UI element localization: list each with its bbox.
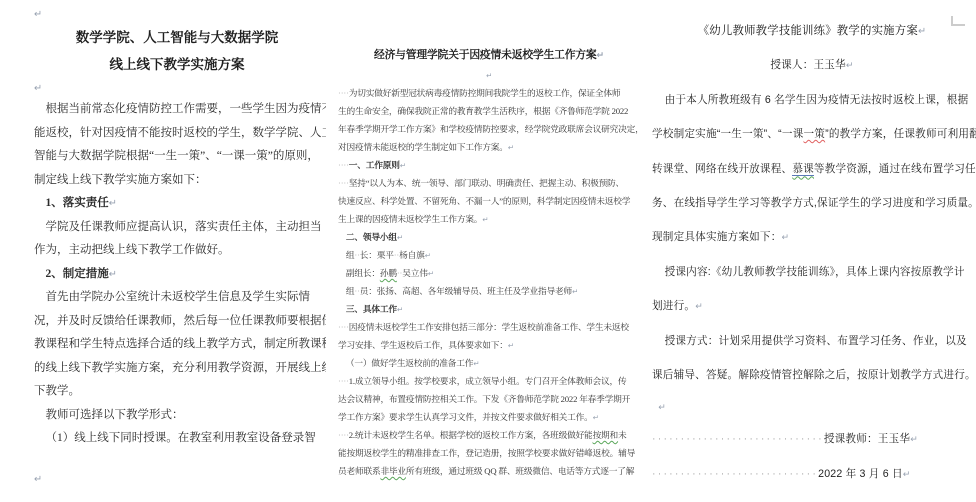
heading-line: 三、具体工作↵ [338, 300, 640, 318]
text-line: 的线上线下教学实施方案，充分利用教学资源，开展线上线 [34, 357, 320, 381]
paragraph-mark-icon: ↵ [482, 215, 488, 224]
text-run: 2022 年 3 月 6 日 [818, 468, 903, 480]
date-line: ·····························2022 年 3 月 … [652, 457, 972, 491]
text-line: 年春季学期开学工作方案》和学校疫情防控要求，经学院党政联席会议研究决定， [338, 120, 640, 138]
paragraph-mark-icon: ↵ [428, 269, 434, 278]
text-line: 学工作方案》要求学生认真学习文件，并按文件要求做好相关工作。↵ [338, 408, 640, 426]
text-run: 现制定具体实施方案如下： [652, 231, 782, 243]
text-line: （1）线上线下同时授课。在教室利用教室设备登录智 [34, 427, 320, 451]
text-run: 线上线下教学实施方案 [110, 57, 245, 72]
paragraph-mark-icon: ↵ [903, 470, 911, 480]
text-line: 组··长：栗平··杨自旗↵ [338, 246, 640, 264]
paragraph-mark-icon: ↵ [109, 269, 117, 280]
text-line: ····2.统计未返校学生名单。根据学校的返校工作方案，各班级做好能按期和未 [338, 426, 640, 444]
text-line: （一）做好学生返校前的准备工作↵ [338, 354, 640, 372]
space-formatting-dots: ···· [338, 430, 349, 440]
text-line: 生上课的因疫情未返校学生工作方案。↵ [338, 210, 640, 228]
doc-title-line: 经济与管理学院关于因疫情未返校学生工作方案↵ [338, 44, 640, 66]
text-run: 长：栗平 [360, 250, 394, 260]
paragraph-mark-icon: ↵ [400, 161, 406, 170]
text-run: 由于本人所教班级有 6 名学生因为疫情无法按时返校上课，根据 [652, 94, 968, 106]
text-line: 下教学。 [34, 380, 320, 404]
text-line: 学习安排、学生返校后工作，具体要求如下：↵ [338, 336, 640, 354]
text-line: ····1.成立领导小组。按学校要求，成立领导小组。专门召开全体教师会议，传 [338, 372, 640, 390]
paragraph-mark-icon: ↵ [508, 143, 514, 152]
text-line: 根据当前常态化疫情防控工作需要，一些学生因为疫情不 [34, 98, 320, 122]
paragraph-mark-icon: ↵ [397, 233, 403, 242]
text-line: 现制定具体实施方案如下：↵ [652, 220, 972, 254]
text-run: 生上课的因疫情未返校学生工作方案。 [338, 214, 482, 224]
text-line: 课后辅导、答疑。解除疫情管控解除之后，按原计划教学方式进行。↵ [652, 358, 972, 392]
grammar-underline-text: 按期和 [593, 430, 618, 440]
paragraph-mark-icon: ↵ [572, 287, 578, 296]
text-line: 能返校，针对因疫情不能按时返校的学生，数学学院、人工 [34, 122, 320, 146]
heading-line: 2、制定措施↵ [34, 263, 320, 287]
text-run: 为切实做好新型冠状病毒疫情防控期间我院学生的返校工作，保证全体师 [349, 88, 621, 98]
paragraph-mark-icon: ↵ [597, 50, 605, 61]
space-formatting-dots: ···· [338, 178, 349, 188]
text-run: 学工作方案》要求学生认真学习文件，并按文件要求做好相关工作。 [338, 412, 593, 422]
text-run: 副组长： [338, 268, 380, 278]
paragraph-mark-icon: ↵ [508, 341, 514, 350]
text-line: 首先由学院办公室统计未返校学生信息及学生实际情 [34, 286, 320, 310]
paragraph-mark-icon: ↵ [782, 233, 790, 243]
text-run: （1）线上线下同时授课。在教室利用教室设备登录智 [34, 432, 316, 444]
heading-line: ····一、工作原则↵ [338, 156, 640, 174]
heading-line: 1、落实责任↵ [34, 192, 320, 216]
flagged-term-text: 慕课 [792, 163, 814, 176]
text-run: 年春季学期开学工作方案》和学校疫情防控要求，经学院党政联席会议研究决定， [338, 124, 644, 134]
text-line: 转课堂、网络在线开放课程、慕课等教学资源，通过在线布置学习任 [652, 152, 972, 186]
text-line: 学校制定实施“一生一策”、“一课一策”的教学方案，任课教师可利用翻 [652, 117, 972, 151]
text-line: 由于本人所教班级有 6 名学生因为疫情无法按时返校上课，根据 [652, 83, 972, 117]
text-run: 首先由学院办公室统计未返校学生信息及学生实际情 [34, 291, 310, 303]
text-run: 达会议精神，布置疫情防控相关工作。下发《齐鲁师范学院 2022 年春季学期开 [338, 394, 630, 404]
text-line: 划进行。↵ [652, 289, 972, 323]
text-run: 所有班级，通过班级 QQ 群、班级微信、电话等方式逐一了解 [406, 466, 634, 476]
paragraph-mark-icon: ↵ [695, 302, 703, 312]
text-run: 学院及任课教师应提高认识，落实责任主体，主动担当 [34, 221, 322, 233]
text-run: 能按期返校学生的精准排查工作，登记造册，按照学校要求做好错峰返校。辅导 [338, 448, 635, 458]
paragraph-mark-line: ↵ [34, 4, 320, 24]
text-run: 下教学。 [34, 385, 80, 397]
text-run: 《幼儿教师教学技能训练》教学的实施方案 [698, 25, 918, 37]
text-run: 组 [338, 286, 354, 296]
bold-text-run: 2、制定措施 [34, 268, 109, 280]
lecturer-line: 授课人：王玉华↵ [652, 48, 972, 82]
bold-text-run: 1、落实责任 [34, 197, 109, 209]
page-left-math-college-plan: ↵数学学院、人工智能与大数据学院线上线下教学实施方案↵ 根据当前常态化疫情防控工… [0, 0, 326, 502]
page-middle-econ-mgmt-plan: 经济与管理学院关于因疫情未返校学生工作方案↵↵····为切实做好新型冠状病毒疫情… [330, 0, 646, 502]
text-run: 快速反应、科学处置、不留死角、不漏一人”的原则，科学制定因疫情未返校学 [338, 196, 630, 206]
paragraph-mark-icon: ↵ [918, 26, 926, 37]
signature-line: ······························授课教师：王玉华↵ [652, 422, 972, 456]
space-formatting-dots: ···· [338, 88, 349, 98]
text-run: 的线上线下教学实施方案，充分利用教学资源，开展线上线 [34, 362, 326, 374]
text-run: （一）做好学生返校前的准备工作 [338, 358, 473, 368]
text-run: 作为，主动把线上线下教学工作做好。 [34, 244, 230, 256]
text-run: 未 [618, 430, 627, 440]
text-line: 制定线上线下教学实施方案如下： [34, 169, 320, 193]
text-run: 授课方式：计划采用提供学习资料、布置学习任务、作业，以及 [652, 335, 967, 347]
text-run: 员老师联系 [338, 466, 380, 476]
text-run: 组 [338, 250, 354, 260]
text-line: 快速反应、科学处置、不留死角、不漏一人”的原则，科学制定因疫情未返校学 [338, 192, 640, 210]
grammar-underline-text: 孙鹏 [380, 268, 397, 278]
text-run: 对因疫情未能返校的学生制定如下工作方案。 [338, 142, 508, 152]
text-line: 授课内容:《幼儿教师教学技能训练》，具体上课内容按原教学计 [652, 255, 972, 289]
text-line: 对因疫情未能返校的学生制定如下工作方案。↵ [338, 138, 640, 156]
text-line: ····因疫情未返校学生工作安排包括三部分：学生返校前准备工作、学生未返校 [338, 318, 640, 336]
text-line: 作为，主动把线上线下教学工作做好。 [34, 239, 320, 263]
text-run [338, 304, 346, 314]
text-line: 授课方式：计划采用提供学习资料、布置学习任务、作业，以及 [652, 324, 972, 358]
paragraph-mark-icon: ↵ [473, 359, 479, 368]
text-line: 教师可选择以下教学形式： [34, 404, 320, 428]
text-run: 授课内容:《幼儿教师教学技能训练》，具体上课内容按原教学计 [652, 266, 965, 278]
text-run: 智能与大数据学院根据“一生一策”、“一课一策”的原则， [34, 150, 319, 162]
text-line: 学院及任课教师应提高认识，落实责任主体，主动担当 [34, 216, 320, 240]
text-run: 授课教师：王玉华 [824, 433, 910, 445]
bold-text-run: 二、领导小组 [346, 232, 397, 242]
text-run: 教师可选择以下教学形式： [34, 409, 184, 421]
bold-text-run: 一、工作原则 [349, 160, 400, 170]
space-formatting-dots: ···· [338, 376, 349, 386]
text-run: 课后辅导、答疑。解除疫情管控解除之后，按原计划教学方式进行。 [652, 369, 976, 381]
paragraph-mark-icon: ↵ [486, 71, 492, 80]
text-run: 划进行。 [652, 300, 695, 312]
paragraph-mark-icon: ↵ [34, 9, 42, 20]
text-run: 根据当前常态化疫情防控工作需要，一些学生因为疫情不 [34, 103, 326, 115]
paragraph-mark-icon: ↵ [425, 251, 431, 260]
paragraph-mark-line: ↵ [34, 78, 320, 98]
text-run: 况，并及时反馈给任课教师，然后每一位任课教师要根据任 [34, 315, 326, 327]
bold-text-run: 经济与管理学院关于因疫情未返校学生工作方案 [374, 49, 597, 61]
paragraph-mark-icon: ↵ [846, 61, 854, 71]
spellcheck-underline-text: 一策 [804, 128, 826, 140]
text-line: 况，并及时反馈给任课教师，然后每一位任课教师要根据任 [34, 310, 320, 334]
paragraph-mark-icon: ↵ [109, 198, 117, 209]
text-line: ····坚持“以人为本、统一领导、部门联动、明确责任、把握主动、积极预防、 [338, 174, 640, 192]
paragraph-mark-icon: ↵ [593, 413, 599, 422]
text-line: 生的生命安全，确保我院正常的教育教学生活秩序，根据《齐鲁师范学院 2022 [338, 102, 640, 120]
paragraph-mark-line: ↵ [652, 392, 972, 422]
text-run: 授课人：王玉华 [770, 59, 846, 71]
bold-text-run: 三、具体工作 [346, 304, 397, 314]
text-line: 务、在线指导学生学习等教学方式,保证学生的学习进度和学习质量。 [652, 186, 972, 220]
doc-title-line: 《幼儿教师教学技能训练》教学的实施方案↵ [652, 14, 972, 48]
grammar-underline-text: 非毕业 [380, 466, 405, 476]
text-boundary-corner-mark [951, 16, 965, 26]
paragraph-mark-line: ↵ [338, 66, 640, 84]
page-right-preschool-teaching-plan: 《幼儿教师教学技能训练》教学的实施方案↵授课人：王玉华↵ 由于本人所教班级有 6… [648, 0, 976, 502]
space-formatting-dots: ···· [338, 160, 349, 170]
text-run: 务、在线指导学生学习等教学方式,保证学生的学习进度和学习质量。 [652, 197, 976, 209]
text-run: 学习安排、学生返校后工作，具体要求如下： [338, 340, 508, 350]
text-run: 学校制定实施“一生一策”、“一课 [652, 128, 804, 140]
space-formatting-dots: ······························ [652, 433, 824, 445]
text-run: 2.统计未返校学生名单。根据学校的返校工作方案，各班级做好能 [349, 430, 593, 440]
paragraph-mark-icon: ↵ [658, 403, 666, 413]
text-run: 数学学院、人工智能与大数据学院 [76, 30, 279, 45]
text-run: 转课堂、网络在线开放课程、 [652, 163, 792, 175]
text-run: 生的生命安全，确保我院正常的教育教学生活秩序，根据《齐鲁师范学院 2022 [338, 106, 628, 116]
doc-title-line: 线上线下教学实施方案 [34, 51, 320, 78]
text-run [338, 232, 346, 242]
text-run: 因疫情未返校学生工作安排包括三部分：学生返校前准备工作、学生未返校 [349, 322, 629, 332]
paragraph-mark-icon: ↵ [397, 305, 403, 314]
paragraph-mark-icon: ↵ [34, 83, 42, 94]
text-line: ····为切实做好新型冠状病毒疫情防控期间我院学生的返校工作，保证全体师 [338, 84, 640, 102]
space-formatting-dots: ····························· [652, 468, 818, 480]
text-run: 等教学资源，通过在线布置学习任 [814, 163, 976, 175]
text-run: 员：张扬、高超、各年级辅导员、班主任及学业指导老师 [360, 286, 572, 296]
text-line: 智能与大数据学院根据“一生一策”、“一课一策”的原则， [34, 145, 320, 169]
text-run: 坚持“以人为本、统一领导、部门联动、明确责任、把握主动、积极预防、 [349, 178, 624, 188]
text-line: 能按期返校学生的精准排查工作，登记造册，按照学校要求做好错峰返校。辅导 [338, 444, 640, 462]
text-run: 制定线上线下教学实施方案如下： [34, 174, 207, 186]
space-formatting-dots: ···· [338, 322, 349, 332]
text-line: 教课程和学生特点选择合适的线上教学方式，制定所教课程 [34, 333, 320, 357]
text-line: 副组长：孙鹏··吴立伟↵ [338, 264, 640, 282]
paragraph-mark-icon: ↵ [34, 474, 42, 485]
doc-title-line: 数学学院、人工智能与大数据学院 [34, 24, 320, 51]
text-run: 教课程和学生特点选择合适的线上教学方式，制定所教课程 [34, 338, 326, 350]
text-line: 员老师联系非毕业所有班级，通过班级 QQ 群、班级微信、电话等方式逐一了解 [338, 462, 640, 480]
text-line: 达会议精神，布置疫情防控相关工作。下发《齐鲁师范学院 2022 年春季学期开 [338, 390, 640, 408]
text-line: 组··员：张扬、高超、各年级辅导员、班主任及学业指导老师↵ [338, 282, 640, 300]
text-run: 杨自旗 [399, 250, 424, 260]
text-run: ”的教学方案，任课教师可利用翻 [825, 128, 976, 140]
text-run: 吴立伟 [402, 268, 427, 278]
paragraph-mark-icon: ↵ [910, 435, 918, 445]
paragraph-mark-line: ↵ [34, 469, 320, 489]
text-run: 能返校，针对因疫情不能按时返校的学生，数学学院、人工 [34, 127, 326, 139]
heading-line: 二、领导小组↵ [338, 228, 640, 246]
text-run: 1.成立领导小组。按学校要求，成立领导小组。专门召开全体教师会议，传 [349, 376, 627, 386]
